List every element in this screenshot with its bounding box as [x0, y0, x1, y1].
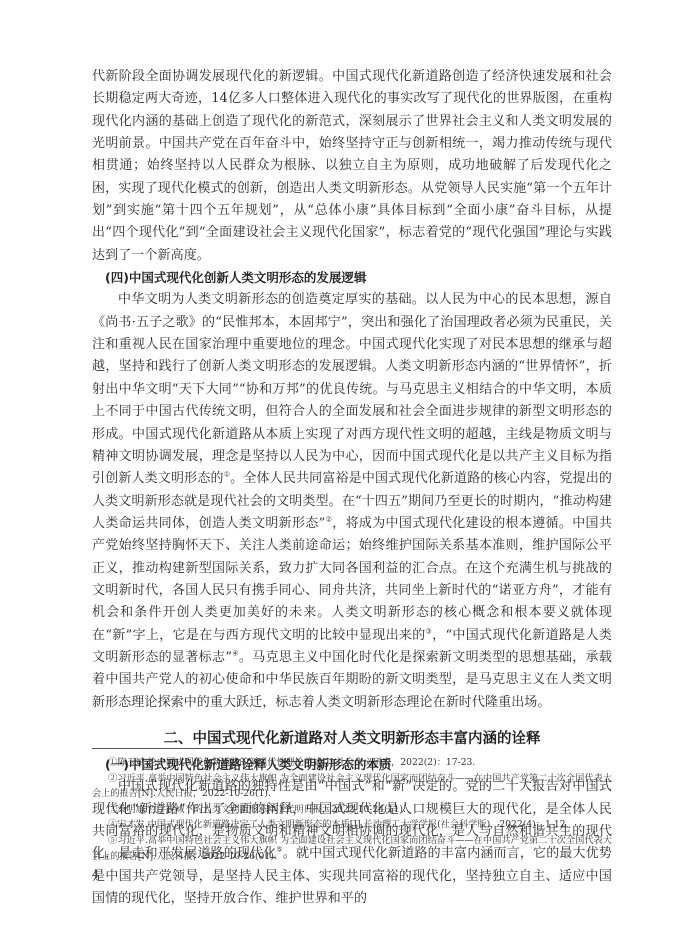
subsection-heading-4: (四)中国式现代化创新人类文明形态的发展逻辑	[92, 267, 612, 289]
footnote-3: ③桑明旭.哲学视域下的人类文明新形态[N].光明日报，2022-10-24(11…	[92, 802, 612, 818]
page-number: 4	[92, 866, 99, 882]
footnote-5: ⑤习近平.高举中国特色社会主义伟大旗帜 为全面建设社会主义现代化国家而团结奋斗—…	[92, 833, 612, 864]
text-run: ，将成为中国式现代化建设的根本遵循。中国共产党始终坚持胸怀天下、关注人类前途命运…	[92, 516, 612, 643]
footnote-2: ②习近平.高举中国特色社会主义伟大旗帜 为全面建设社会主义现代化国家而团结奋斗—…	[92, 771, 612, 802]
paragraph-continued: 代新阶段全面协调发展现代化的新逻辑。中国式现代化新道路创造了经济快速发展和社会长…	[92, 66, 612, 267]
footnotes: ①陈玉斌.论中国式现代化新道路的新现代性理论范式[J].社会主义研究，2022(…	[92, 748, 612, 864]
footnote-4: ④宋才发.中国式现代化新道路决定了人类文明新形态的本质[J].长沙理工大学学报(…	[92, 817, 612, 833]
footnote-ref-4[interactable]: ④	[232, 650, 239, 658]
paragraph-subsection-4: 中华文明为人类文明新形态的创造奠定厚实的基础。以人民为中心的民本思想，源自《尚书…	[92, 289, 612, 714]
footnote-1: ①陈玉斌.论中国式现代化新道路的新现代性理论范式[J].社会主义研究，2022(…	[92, 755, 612, 771]
text-run: 中华文明为人类文明新形态的创造奠定厚实的基础。以人民为中心的民本思想，源自《尚书…	[92, 292, 612, 486]
footnote-divider	[92, 748, 252, 749]
